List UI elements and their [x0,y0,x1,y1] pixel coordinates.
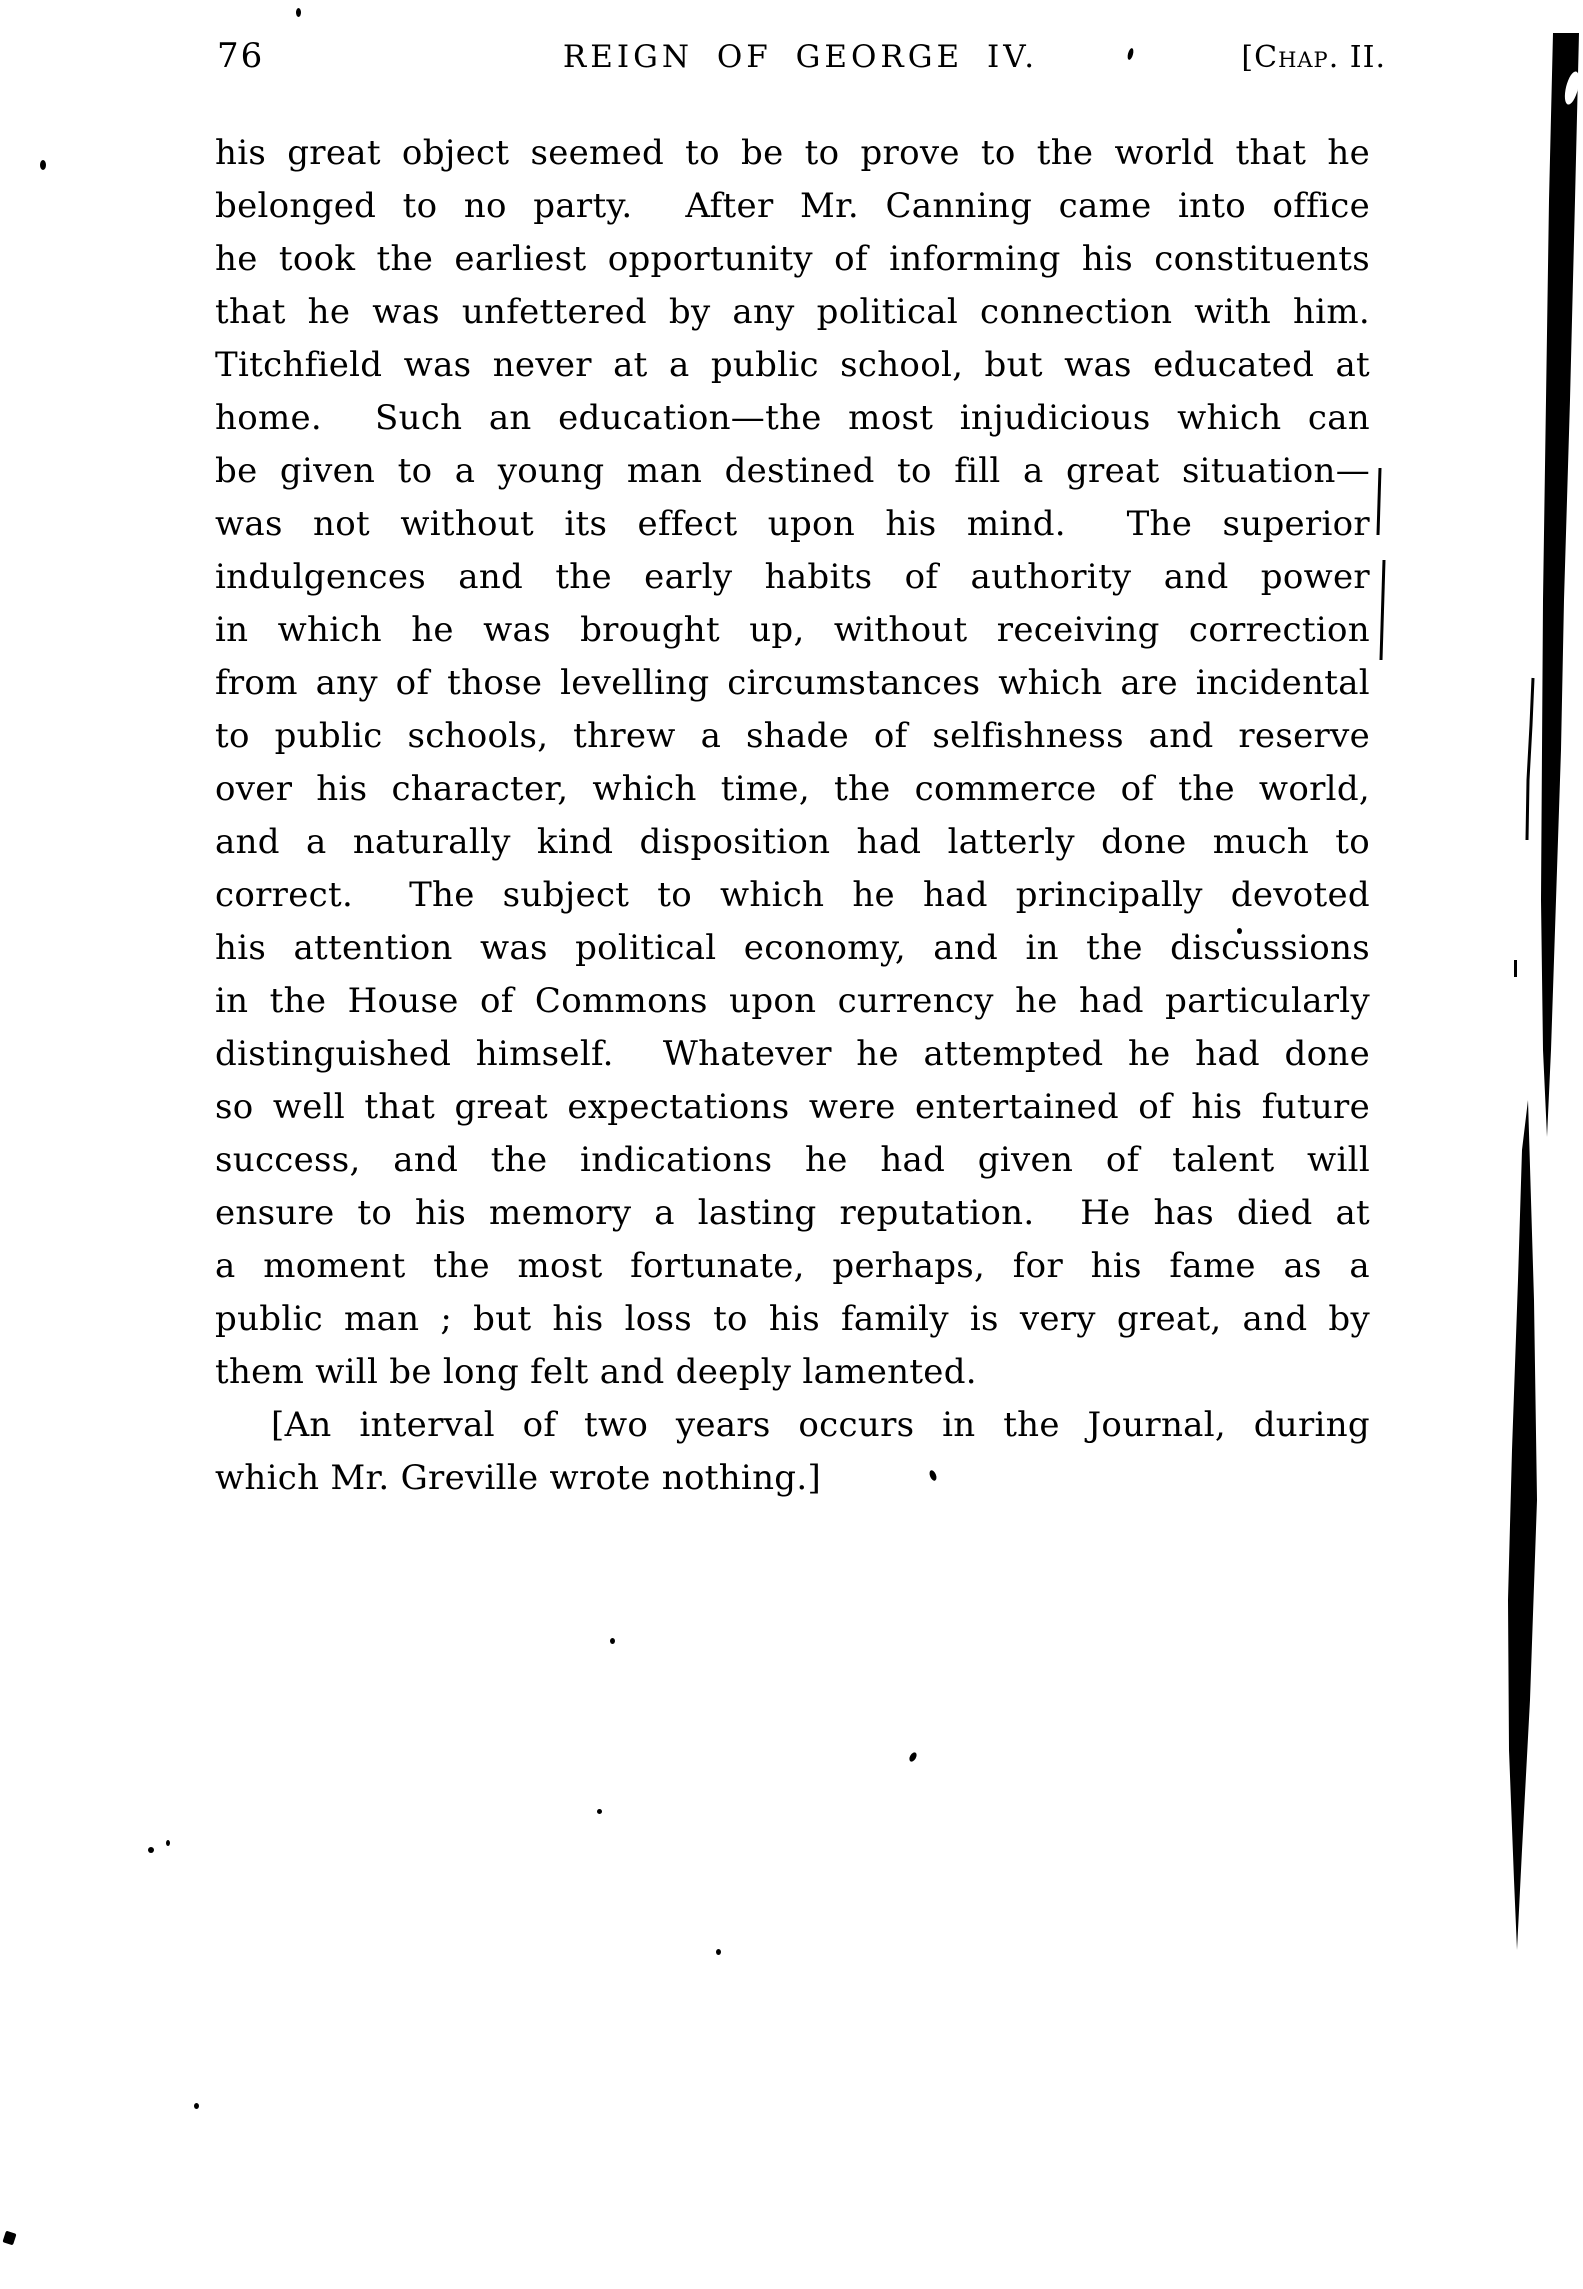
text-line: over his character, which time, the comm… [215,763,1370,816]
text-line: indulgences and the early habits of auth… [215,551,1370,604]
text-line: correct. The subject to which he had pri… [215,869,1370,922]
ink-speck [2,2231,16,2246]
text-line: belonged to no party. After Mr. Canning … [215,180,1370,233]
text-line: so well that great expectations were ent… [215,1081,1370,1134]
ink-speck [716,1949,721,1955]
text-line: home. Such an education—the most injudic… [215,392,1370,445]
ink-speck [194,2103,199,2109]
ink-speck [148,1847,154,1853]
ink-speck [597,1809,602,1814]
running-title: REIGN OF GEORGE IV. [215,39,1386,75]
text-line: success, and the indications he had give… [215,1134,1370,1187]
text-line: be given to a young man destined to fill… [215,445,1370,498]
text-line: them will be long felt and deeply lament… [215,1346,1370,1399]
text-line: which Mr. Greville wrote nothing.] [215,1452,1370,1505]
ink-speck [296,8,301,17]
chapter-heading: [Chap. II. [1241,40,1386,75]
ink-speck [610,1638,615,1644]
text-line: a moment the most fortunate, perhaps, fo… [215,1240,1370,1293]
text-line: to public schools, threw a shade of self… [215,710,1370,763]
ink-speck [1237,928,1242,934]
text-line: Titchfield was never at a public school,… [215,339,1370,392]
text-line: public man ; but his loss to his family … [215,1293,1370,1346]
text-line: ensure to his memory a lasting reputatio… [215,1187,1370,1240]
text-line: his attention was political economy, and… [215,922,1370,975]
text-line: and a naturally kind disposition had lat… [215,816,1370,869]
text-line: [An interval of two years occurs in the … [215,1399,1370,1452]
text-line: from any of those levelling circumstance… [215,657,1370,710]
text-line: that he was unfettered by any political … [215,286,1370,339]
ink-speck [40,160,46,170]
text-line: he took the earliest opportunity of info… [215,233,1370,286]
text-line: distinguished himself. Whatever he attem… [215,1028,1370,1081]
text-line: was not without its effect upon his mind… [215,498,1370,551]
scanned-book-page: 76 REIGN OF GEORGE IV. [Chap. II. his gr… [0,0,1583,2289]
text-line: his great object seemed to be to prove t… [215,127,1370,180]
text-line: in which he was brought up, without rece… [215,604,1370,657]
text-line: in the House of Commons upon currency he… [215,975,1370,1028]
ink-speck [908,1751,918,1763]
body-text: his great object seemed to be to prove t… [215,127,1370,1505]
ink-speck [166,1840,170,1846]
